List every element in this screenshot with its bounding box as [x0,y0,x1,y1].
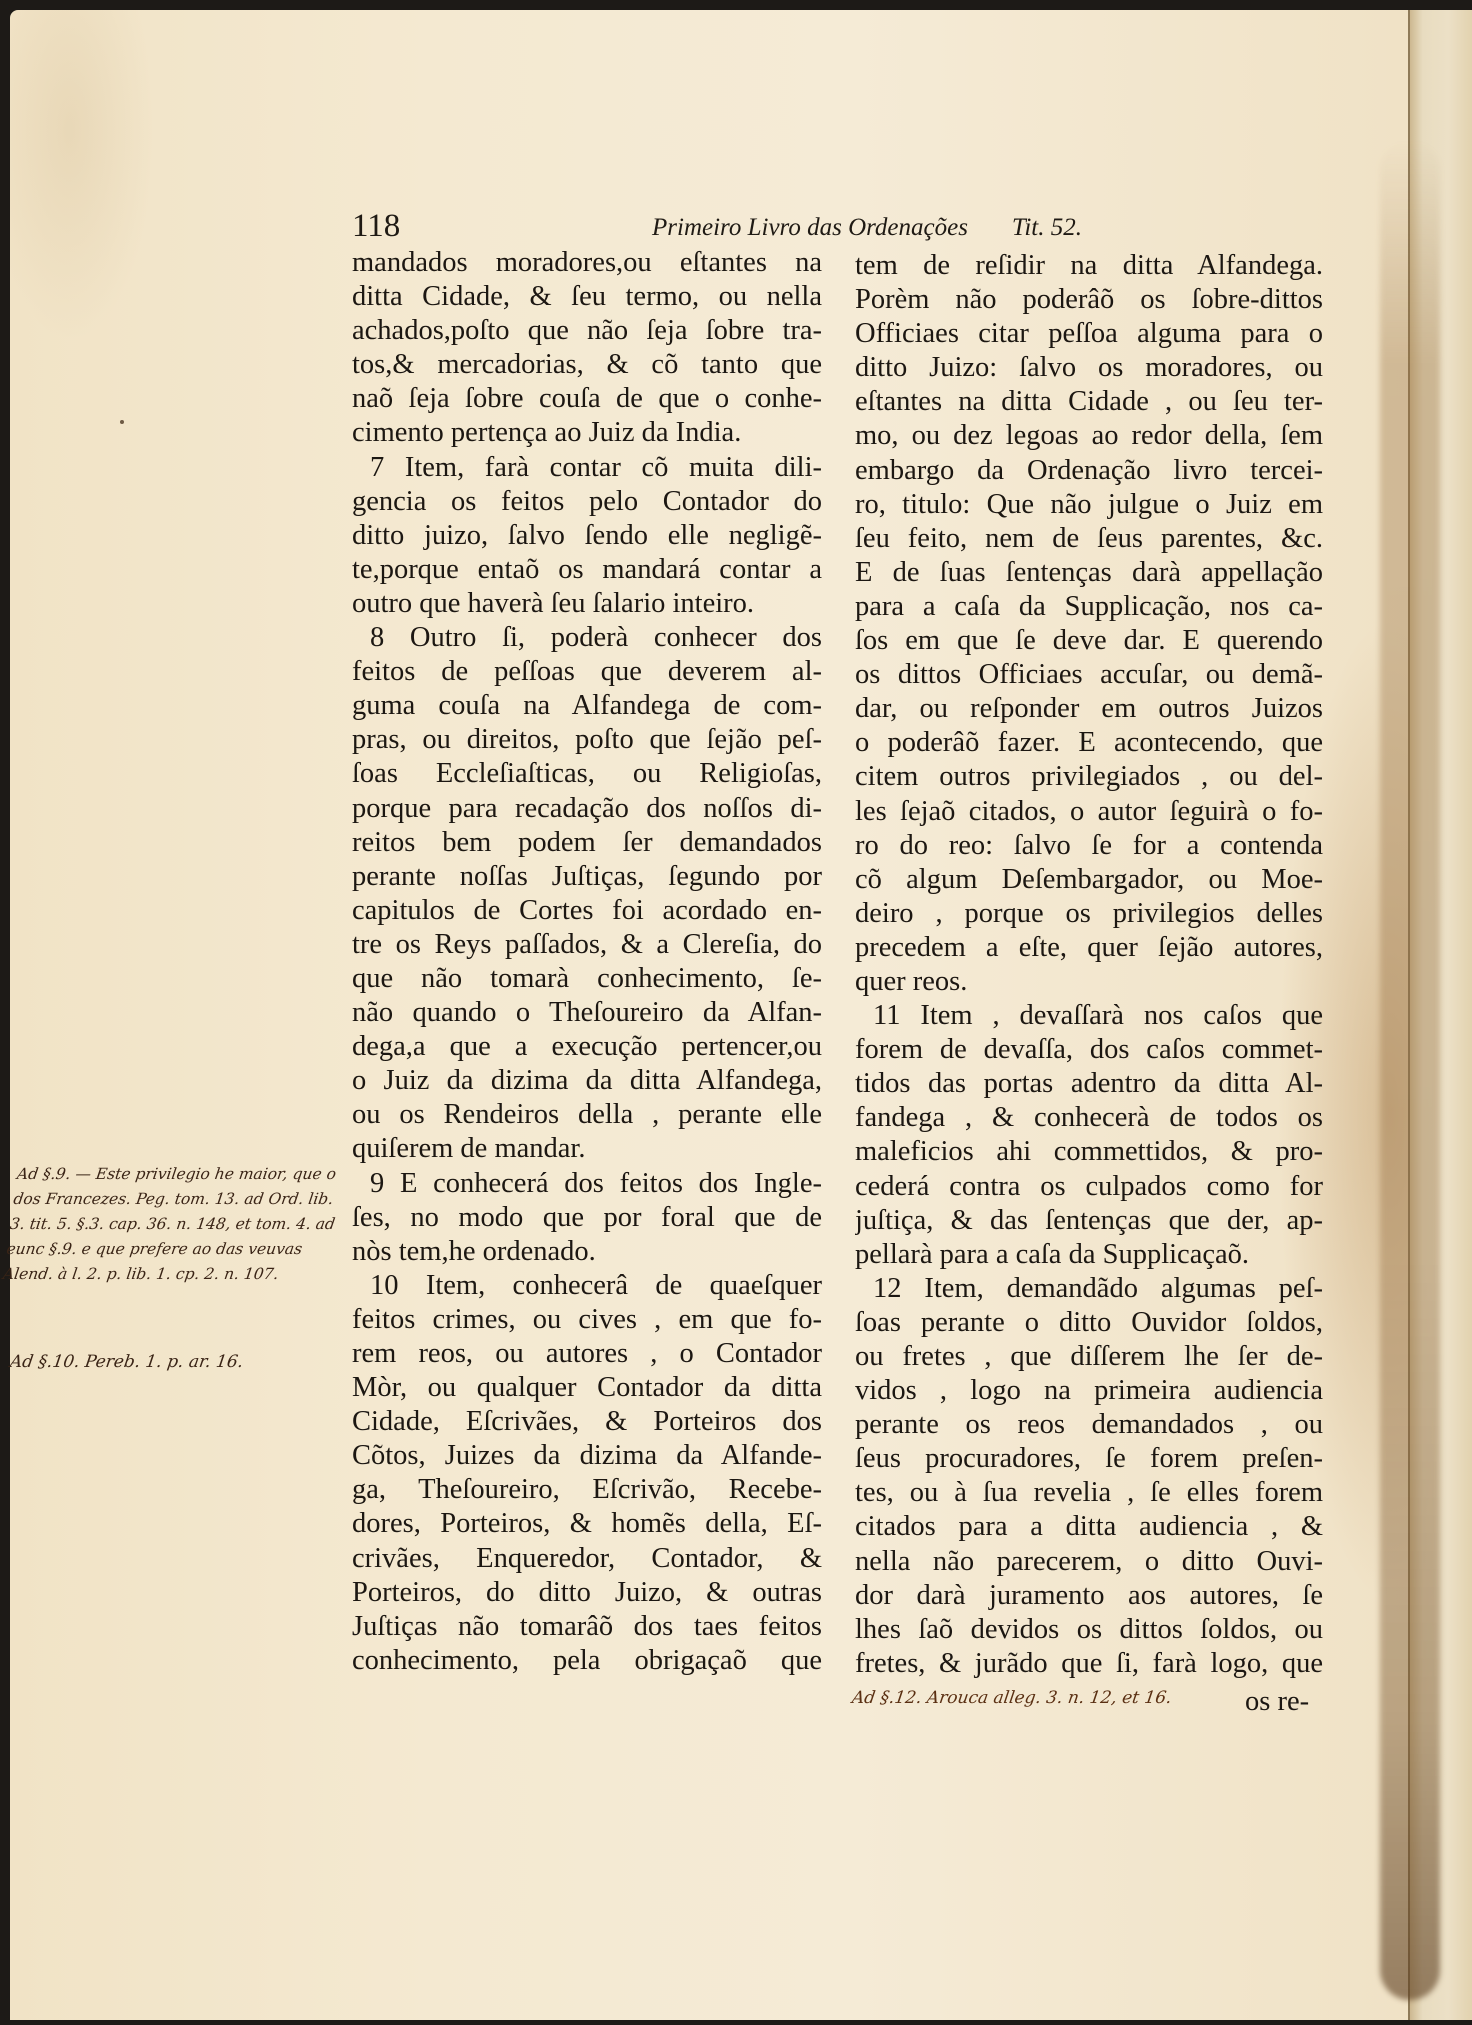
text-line: os dittos Officiaes accuſar, ou demã- [855,658,1323,692]
text-line: mandados moradores,ou eſtantes na [352,246,822,280]
text-line: tidos das portas adentro da ditta Al- [855,1067,1323,1101]
text-line: ſes, no modo que por foral que de [352,1201,822,1235]
text-line: embargo da Ordenação livro tercei- [855,454,1323,488]
text-line: crivães, Enqueredor, Contador, & [352,1542,822,1576]
text-line: dar, ou reſponder em outros Juizos [855,692,1323,726]
text-line: ditto juizo, ſalvo ſendo elle negligẽ- [352,519,822,553]
text-line: porque para recadação dos noſſos di- [352,792,822,826]
text-line: mo, ou dez legoas ao redor della, ſem [855,419,1323,453]
text-line: ro, titulo: Que não julgue o Juiz em [855,488,1323,522]
text-line: dor darà juramento aos autores, ſe [855,1579,1323,1613]
handwritten-margin-note: Ad §.10. Pereb. 1. p. ar. 16. [8,1350,342,1375]
text-line: nòs tem,he ordenado. [352,1235,822,1269]
text-line: guma couſa na Alfandega de com- [352,689,822,723]
text-line: cõ algum Deſembargador, ou Moe- [855,863,1323,897]
text-line: les ſejaõ citados, o autor ſeguirà o fo- [855,795,1323,829]
text-line: maleficios ahi commettidos, & pro- [855,1135,1323,1169]
text-line: perante noſſas Juſtiças, ſegundo por [352,860,822,894]
text-line: tre os Reys paſſados, & a Clereſia, do [352,928,822,962]
text-line: rem reos, ou autores , o Contador [352,1337,822,1371]
running-header: 118 Primeiro Livro das Ordenações Tit. 5… [352,212,1082,248]
text-line: gencia os feitos pelo Contador do [352,485,822,519]
water-stain [1380,140,1440,2000]
text-line: cederá contra os culpados como for [855,1170,1323,1204]
text-line: Officiaes citar peſſoa alguma para o [855,317,1323,351]
text-line: quiſerem de mandar. [352,1132,822,1166]
text-line: para a caſa da Supplicação, nos ca- [855,590,1323,624]
text-line: dega,a que a execução pertencer,ou [352,1030,822,1064]
text-line: tem de reſidir na ditta Alfandega. [855,249,1323,283]
text-line: o poderâõ fazer. E acontecendo, que [855,726,1323,760]
paragraph-7-start: 7 Item, farà contar cõ muita dili- [352,451,822,485]
text-line: cimento pertença ao Juiz da India. [352,416,822,450]
text-line: feitos crimes, ou cives , em que fo- [352,1303,822,1337]
handwritten-margin-note: Ad §.9. — Este privilegio he maior, que … [1,1162,349,1287]
text-line: reitos bem podem ſer demandados [352,826,822,860]
text-line: pras, ou direitos, poſto que ſejão peſ- [352,723,822,757]
left-text-column: mandados moradores,ou eſtantes na ditta … [352,246,822,1678]
ink-speck [120,420,124,424]
right-text-column: tem de reſidir na ditta Alfandega. Porèm… [855,249,1323,1681]
text-line: ſos em que ſe deve dar. E querendo [855,624,1323,658]
title-number: Tit. 52. [1012,214,1082,242]
paragraph-8-start: 8 Outro ſi, poderà conhecer dos [352,621,822,655]
text-line: ſeus procuradores, ſe forem preſen- [855,1442,1323,1476]
text-line: vidos , logo na primeira audiencia [855,1374,1323,1408]
text-line: ga, Theſoureiro, Eſcrivão, Recebe- [352,1473,822,1507]
text-line: ſoas Eccleſiaſticas, ou Religioſas, [352,757,822,791]
text-line: pellarà para a caſa da Supplicaçaõ. [855,1238,1323,1272]
text-line: Juſtiças não tomarâõ dos taes feitos [352,1610,822,1644]
text-line: ou os Rendeiros della , perante elle [352,1098,822,1132]
text-line: citados para a ditta audiencia , & [855,1510,1323,1544]
text-line: ditta Cidade, & ſeu termo, ou nella [352,280,822,314]
text-line: ditto Juizo: ſalvo os moradores, ou [855,351,1323,385]
text-line: quer reos. [855,965,1323,999]
text-line: não quando o Theſoureiro da Alfan- [352,996,822,1030]
text-line: deiro , porque os privilegios delles [855,897,1323,931]
text-line: juſtiça, & das ſentenças que der, ap- [855,1204,1323,1238]
text-line: capitulos de Cortes foi acordado en- [352,894,822,928]
text-line: eſtantes na ditta Cidade , ou ſeu ter- [855,385,1323,419]
text-line: fretes, & jurãdo que ſi, farà logo, que [855,1647,1323,1681]
text-line: conhecimento, pela obrigaçaõ que [352,1644,822,1678]
text-line: tos,& mercadorias, & cõ tanto que [352,348,822,382]
text-line: dores, Porteiros, & homẽs della, Eſ- [352,1507,822,1541]
text-line: te,porque entaõ os mandará contar a [352,553,822,587]
handwritten-footer-note: Ad §.12. Arouca alleg. 3. n. 12, et 16. [850,1686,1194,1711]
text-line: precedem a eſte, quer ſejão autores, [855,931,1323,965]
text-line: fandega , & conhecerà de todos os [855,1101,1323,1135]
text-line: Porteiros, do ditto Juizo, & outras [352,1576,822,1610]
text-line: naõ ſeja ſobre couſa de que o conhe- [352,382,822,416]
text-line: Cidade, Eſcrivães, & Porteiros dos [352,1405,822,1439]
text-line: o Juiz da dizima da ditta Alfandega, [352,1064,822,1098]
text-line: ſoas perante o ditto Ouvidor ſoldos, [855,1306,1323,1340]
text-line: ou fretes , que diſſerem lhe ſer de- [855,1340,1323,1374]
running-title: Primeiro Livro das Ordenações [652,214,968,242]
text-line: perante os reos demandados , ou [855,1408,1323,1442]
text-line: citem outros privilegiados , ou del- [855,760,1323,794]
paragraph-9-start: 9 E conhecerá dos feitos dos Ingle- [352,1167,822,1201]
text-line: feitos de peſſoas que deverem al- [352,655,822,689]
text-line: ro do reo: ſalvo ſe for a contenda [855,829,1323,863]
text-line: que não tomarà conhecimento, ſe- [352,962,822,996]
scanned-page-view: 118 Primeiro Livro das Ordenações Tit. 5… [0,0,1472,2025]
text-line: tes, ou à ſua revelia , ſe elles forem [855,1476,1323,1510]
text-line: forem de devaſſa, dos caſos commet- [855,1033,1323,1067]
text-line: Mòr, ou qualquer Contador da ditta [352,1371,822,1405]
text-line: ſeu feito, nem de ſeus parentes, &c. [855,522,1323,556]
paragraph-11-start: 11 Item , devaſſarà nos caſos que [855,999,1323,1033]
text-line: achados,poſto que não ſeja ſobre tra- [352,314,822,348]
paragraph-12-start: 12 Item, demandãdo algumas peſ- [855,1272,1323,1306]
text-line: E de ſuas ſentenças darà appellação [855,556,1323,590]
catchword: os re- [1245,1686,1309,1718]
text-line: Cõtos, Juizes da dizima da Alfande- [352,1439,822,1473]
text-line: lhes ſaõ devidos os dittos ſoldos, ou [855,1613,1323,1647]
paragraph-10-start: 10 Item, conhecerâ de quaeſquer [352,1269,822,1303]
text-line: nella não parecerem, o ditto Ouvi- [855,1545,1323,1579]
text-line: Porèm não poderâõ os ſobre-dittos [855,283,1323,317]
page-number: 118 [352,208,400,245]
text-line: outro que haverà ſeu ſalario inteiro. [352,587,822,621]
